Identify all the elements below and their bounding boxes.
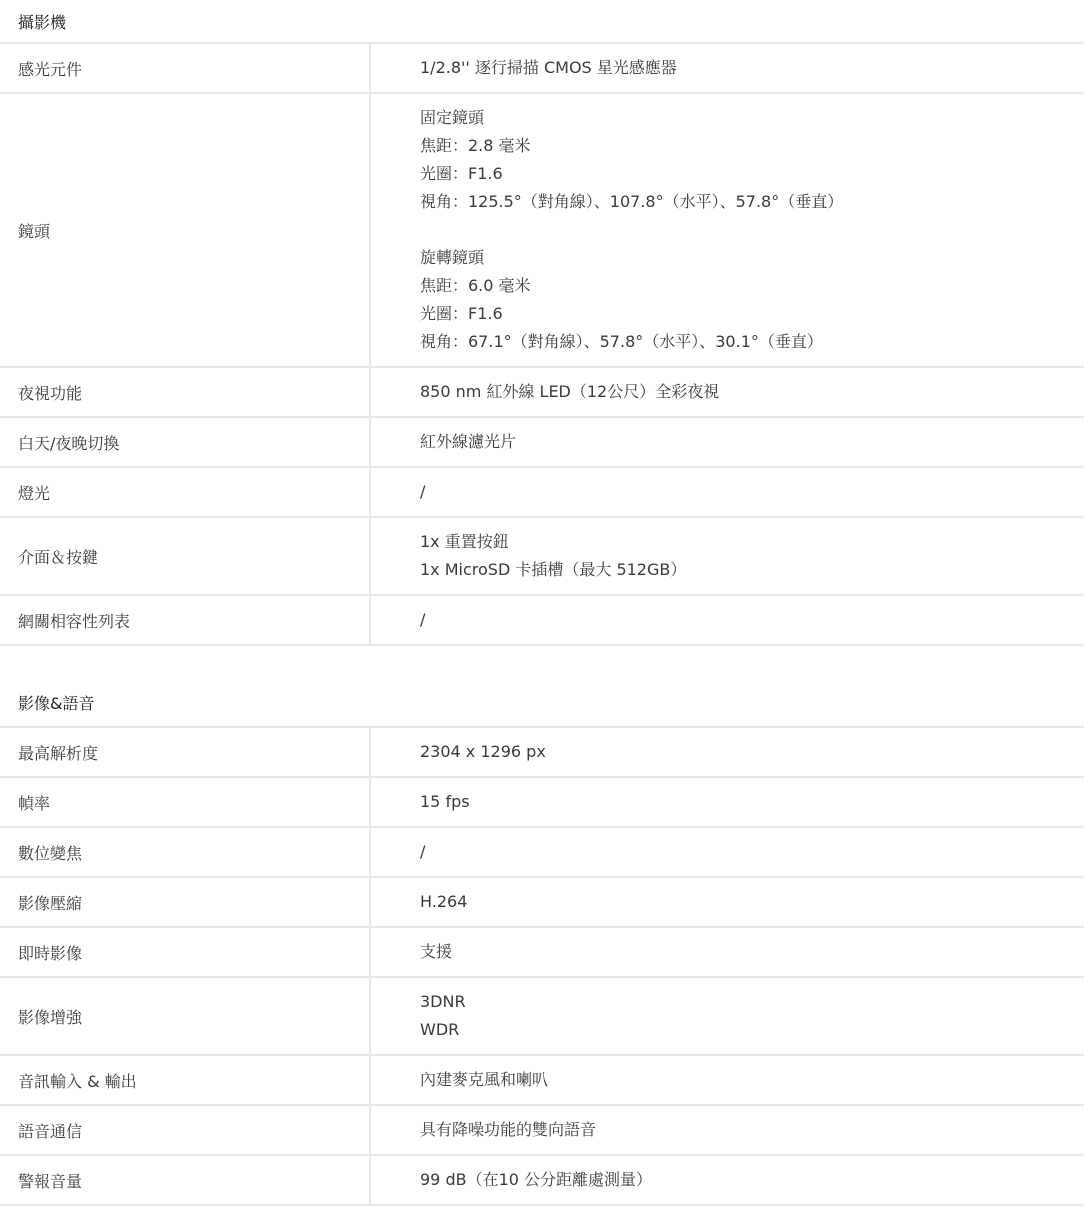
spec-value-line: 焦距：6.0 毫米 bbox=[420, 272, 1084, 300]
spec-label: 最高解析度 bbox=[0, 728, 371, 776]
spec-label: 影像壓縮 bbox=[0, 878, 371, 926]
spec-value: 1x 重置按鈕 1x MicroSD 卡插槽（最大 512GB） bbox=[371, 518, 1084, 594]
spec-value-line: / bbox=[420, 606, 1084, 634]
spec-value-line: 3DNR bbox=[420, 988, 1084, 1016]
spec-value-line: 支援 bbox=[420, 938, 1084, 966]
spec-row-alarm-volume: 警報音量 99 dB（在10 公分距離處測量） bbox=[0, 1156, 1084, 1206]
spec-label: 白天/夜晚切換 bbox=[0, 418, 371, 466]
spec-label: 網關相容性列表 bbox=[0, 596, 371, 644]
spec-value-line: / bbox=[420, 478, 1084, 506]
spec-row-light: 燈光 / bbox=[0, 468, 1084, 518]
spec-value-line: 1x 重置按鈕 bbox=[420, 528, 1084, 556]
spec-label: 警報音量 bbox=[0, 1156, 371, 1204]
spec-label: 數位變焦 bbox=[0, 828, 371, 876]
spec-value-line: 光圈：F1.6 bbox=[420, 160, 1084, 188]
spec-value-line: 視角：67.1°（對角線）、57.8°（水平）、30.1°（垂直） bbox=[420, 328, 1084, 356]
spec-value-line: WDR bbox=[420, 1016, 1084, 1044]
spec-label: 介面＆按鍵 bbox=[0, 518, 371, 594]
spec-row-interface-buttons: 介面＆按鍵 1x 重置按鈕 1x MicroSD 卡插槽（最大 512GB） bbox=[0, 518, 1084, 596]
spec-value-line: 1x MicroSD 卡插槽（最大 512GB） bbox=[420, 556, 1084, 584]
spec-row-audio-io: 音訊輸入 & 輸出 內建麥克風和喇叭 bbox=[0, 1056, 1084, 1106]
spec-value-line: 850 nm 紅外線 LED（12公尺）全彩夜視 bbox=[420, 378, 1084, 406]
section-title-camera: 攝影機 bbox=[0, 0, 1084, 44]
spec-value: 支援 bbox=[371, 928, 1084, 976]
spec-row-live-view: 即時影像 支援 bbox=[0, 928, 1084, 978]
spec-value: 15 fps bbox=[371, 778, 1084, 826]
spec-value: / bbox=[371, 596, 1084, 644]
spec-label: 語音通信 bbox=[0, 1106, 371, 1154]
spec-row-image-enhancement: 影像增強 3DNR WDR bbox=[0, 978, 1084, 1056]
spec-value: 內建麥克風和喇叭 bbox=[371, 1056, 1084, 1104]
spec-row-night-vision: 夜視功能 850 nm 紅外線 LED（12公尺）全彩夜視 bbox=[0, 368, 1084, 418]
lens-group-title: 旋轉鏡頭 bbox=[420, 244, 1084, 272]
spec-label: 夜視功能 bbox=[0, 368, 371, 416]
spec-row-day-night-switch: 白天/夜晚切換 紅外線濾光片 bbox=[0, 418, 1084, 468]
spec-label: 音訊輸入 & 輸出 bbox=[0, 1056, 371, 1104]
spec-row-digital-zoom: 數位變焦 / bbox=[0, 828, 1084, 878]
spec-value-line: 15 fps bbox=[420, 788, 1084, 816]
spec-value-line: 2304 x 1296 px bbox=[420, 738, 1084, 766]
spec-value-line: 焦距：2.8 毫米 bbox=[420, 132, 1084, 160]
spec-label: 感光元件 bbox=[0, 44, 371, 92]
spec-row-gateway-compatibility: 網關相容性列表 / bbox=[0, 596, 1084, 646]
spec-row-voice-communication: 語音通信 具有降噪功能的雙向語音 bbox=[0, 1106, 1084, 1156]
spec-value: 固定鏡頭 焦距：2.8 毫米 光圈：F1.6 視角：125.5°（對角線）、10… bbox=[371, 94, 1084, 366]
spec-value: / bbox=[371, 468, 1084, 516]
spec-row-video-compression: 影像壓縮 H.264 bbox=[0, 878, 1084, 928]
spec-value: 紅外線濾光片 bbox=[371, 418, 1084, 466]
spacer bbox=[420, 216, 1084, 244]
lens-group-title: 固定鏡頭 bbox=[420, 104, 1084, 132]
spec-row-sensor: 感光元件 1/2.8'' 逐行掃描 CMOS 星光感應器 bbox=[0, 44, 1084, 94]
spec-value: H.264 bbox=[371, 878, 1084, 926]
spec-value: 850 nm 紅外線 LED（12公尺）全彩夜視 bbox=[371, 368, 1084, 416]
spec-value-line: 紅外線濾光片 bbox=[420, 428, 1084, 456]
spec-value-line: 具有降噪功能的雙向語音 bbox=[420, 1116, 1084, 1144]
spec-value-line: / bbox=[420, 838, 1084, 866]
spec-value: 99 dB（在10 公分距離處測量） bbox=[371, 1156, 1084, 1204]
spec-value: 2304 x 1296 px bbox=[371, 728, 1084, 776]
spec-label: 即時影像 bbox=[0, 928, 371, 976]
section-title-video-audio: 影像&語音 bbox=[0, 646, 1084, 728]
spec-value-line: 1/2.8'' 逐行掃描 CMOS 星光感應器 bbox=[420, 54, 1084, 82]
spec-value: / bbox=[371, 828, 1084, 876]
spec-value: 1/2.8'' 逐行掃描 CMOS 星光感應器 bbox=[371, 44, 1084, 92]
spec-value-line: H.264 bbox=[420, 888, 1084, 916]
spec-label: 幀率 bbox=[0, 778, 371, 826]
spec-value-line: 光圈：F1.6 bbox=[420, 300, 1084, 328]
spec-row-lens: 鏡頭 固定鏡頭 焦距：2.8 毫米 光圈：F1.6 視角：125.5°（對角線）… bbox=[0, 94, 1084, 368]
spec-table: 攝影機 感光元件 1/2.8'' 逐行掃描 CMOS 星光感應器 鏡頭 固定鏡頭… bbox=[0, 0, 1084, 1206]
spec-label: 鏡頭 bbox=[0, 94, 371, 366]
spec-value-line: 99 dB（在10 公分距離處測量） bbox=[420, 1166, 1084, 1194]
spec-row-frame-rate: 幀率 15 fps bbox=[0, 778, 1084, 828]
spec-value: 3DNR WDR bbox=[371, 978, 1084, 1054]
spec-label: 影像增強 bbox=[0, 978, 371, 1054]
spec-value-line: 內建麥克風和喇叭 bbox=[420, 1066, 1084, 1094]
spec-value: 具有降噪功能的雙向語音 bbox=[371, 1106, 1084, 1154]
spec-label: 燈光 bbox=[0, 468, 371, 516]
spec-row-max-resolution: 最高解析度 2304 x 1296 px bbox=[0, 728, 1084, 778]
spec-value-line: 視角：125.5°（對角線）、107.8°（水平）、57.8°（垂直） bbox=[420, 188, 1084, 216]
